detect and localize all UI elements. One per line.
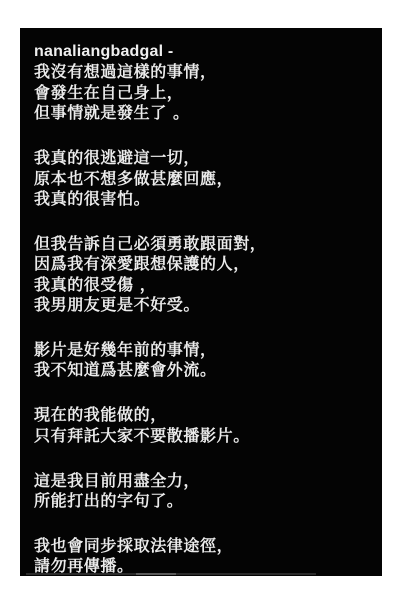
- text-line: 原本也不想多做甚麼回應，: [34, 169, 372, 189]
- text-line: 所能打出的字句了。: [34, 491, 372, 511]
- paragraph-4: 影片是好幾年前的事情， 我不知道爲甚麼會外流。: [34, 340, 372, 381]
- text-line: 我也會同步採取法律途徑，: [34, 536, 372, 556]
- text-line: 因爲我有深愛跟想保護的人，: [34, 254, 372, 274]
- paragraph-2: 我真的很逃避這一切， 原本也不想多做甚麼回應， 我真的很害怕。: [34, 148, 372, 209]
- text-line: 影片是好幾年前的事情，: [34, 340, 372, 360]
- story-text: nanaliangbadgal - 我沒有想過這樣的事情， 會發生在自己身上， …: [34, 42, 372, 576]
- username[interactable]: nanaliangbadgal -: [34, 42, 372, 62]
- paragraph-7: 我也會同步採取法律途徑， 請勿再傳播。: [34, 536, 372, 576]
- text-line: 我不知道爲甚麼會外流。: [34, 360, 372, 380]
- paragraph-5: 現在的我能做的， 只有拜託大家不要散播影片。: [34, 405, 372, 446]
- story-card: nanaliangbadgal - 我沒有想過這樣的事情， 會發生在自己身上， …: [20, 28, 382, 576]
- text-line: 我沒有想過這樣的事情，: [34, 62, 372, 82]
- text-line: 只有拜託大家不要散播影片。: [34, 426, 372, 446]
- story-progress-indicator: [136, 573, 176, 575]
- text-line: 但我告訴自己必須勇敢跟面對，: [34, 234, 372, 254]
- text-line: 我真的很受傷 ，: [34, 275, 372, 295]
- text-line: 我男朋友更是不好受。: [34, 295, 372, 315]
- text-line: 我真的很害怕。: [34, 189, 372, 209]
- text-line: 我真的很逃避這一切，: [34, 148, 372, 168]
- story-progress-bar[interactable]: [26, 573, 316, 575]
- text-line: 會發生在自己身上，: [34, 83, 372, 103]
- paragraph-3: 但我告訴自己必須勇敢跟面對， 因爲我有深愛跟想保護的人， 我真的很受傷 ， 我男…: [34, 234, 372, 316]
- text-line: 這是我目前用盡全力，: [34, 471, 372, 491]
- text-line: 現在的我能做的，: [34, 405, 372, 425]
- paragraph-6: 這是我目前用盡全力， 所能打出的字句了。: [34, 471, 372, 512]
- text-line: 但事情就是發生了 。: [34, 103, 372, 123]
- paragraph-1: 我沒有想過這樣的事情， 會發生在自己身上， 但事情就是發生了 。: [34, 62, 372, 123]
